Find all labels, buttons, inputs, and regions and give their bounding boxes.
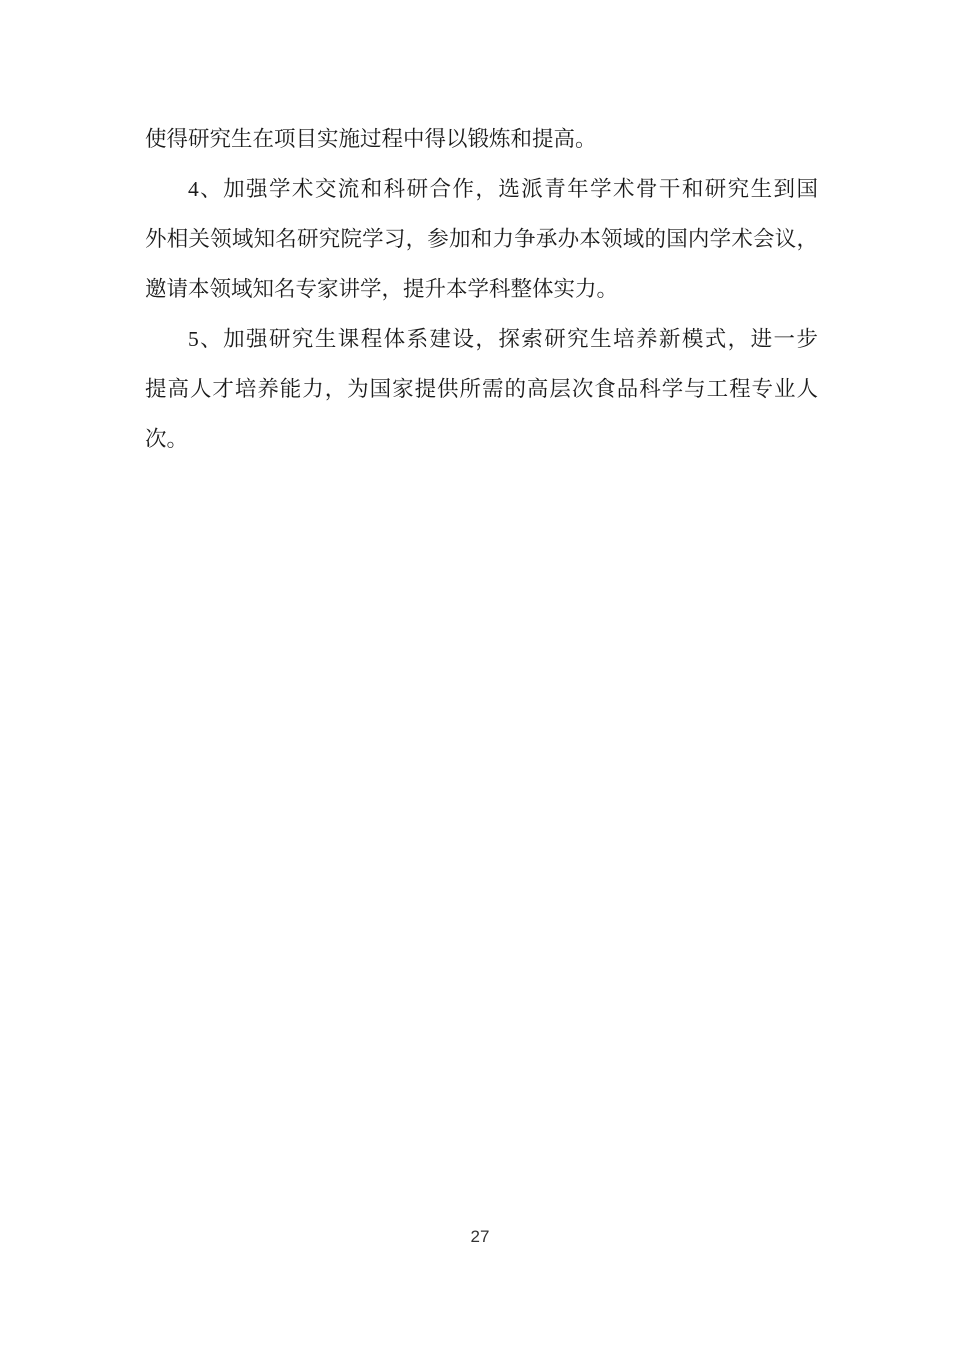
- body-text-line: 邀请本领域知名专家讲学，提升本学科整体实力。: [145, 264, 818, 314]
- document-body: 使得研究生在项目实施过程中得以锻炼和提高。 4、加强学术交流和科研合作，选派青年…: [145, 114, 818, 464]
- body-text-line: 5、加强研究生课程体系建设，探索研究生培养新模式，进一步: [145, 314, 818, 364]
- body-text-line: 提高人才培养能力，为国家提供所需的高层次食品科学与工程专业人: [145, 364, 818, 414]
- body-text-line: 使得研究生在项目实施过程中得以锻炼和提高。: [145, 114, 818, 164]
- body-text-line: 外相关领域知名研究院学习，参加和力争承办本领域的国内学术会议，: [145, 214, 818, 264]
- body-text-line: 4、加强学术交流和科研合作，选派青年学术骨干和研究生到国: [145, 164, 818, 214]
- page-number: 27: [0, 1226, 960, 1248]
- document-page: 使得研究生在项目实施过程中得以锻炼和提高。 4、加强学术交流和科研合作，选派青年…: [0, 0, 960, 1357]
- body-text-line: 次。: [145, 414, 818, 464]
